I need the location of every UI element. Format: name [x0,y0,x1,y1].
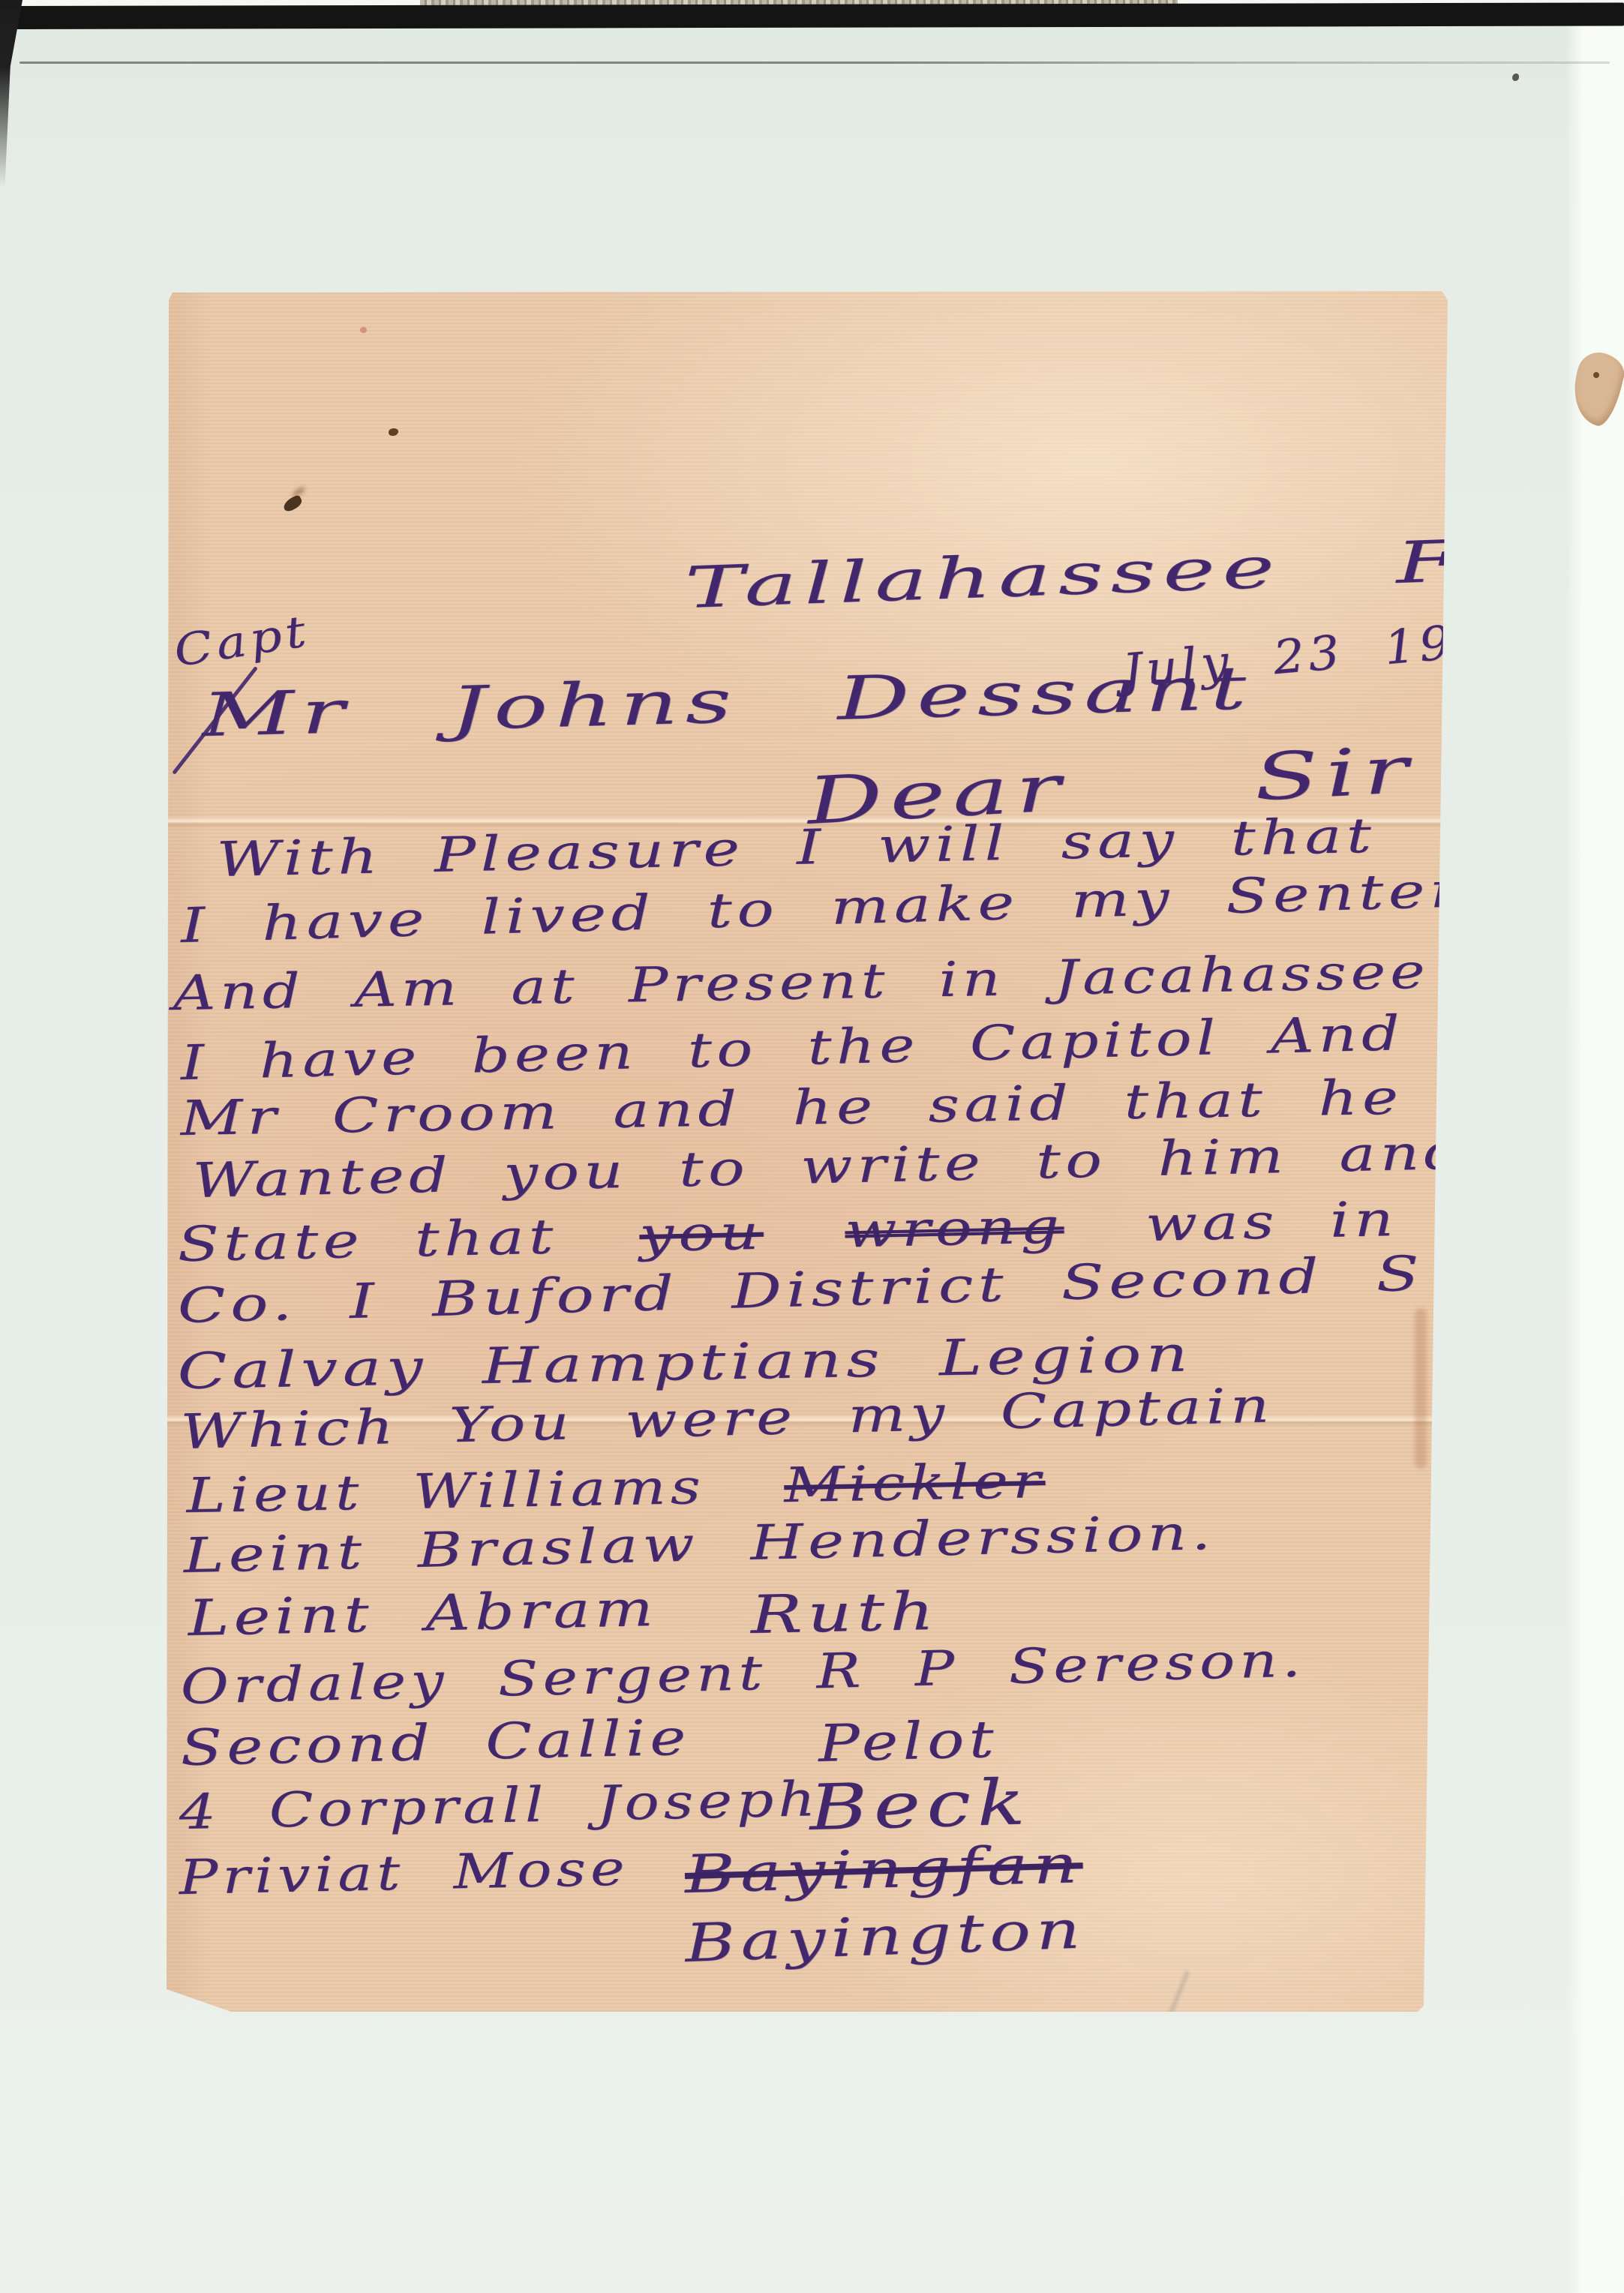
scanned-letter-page: Tallahassee Fla July 23 1908 Capt Mr Joh… [0,0,1624,2293]
roster-line-6-rank: 4 Corprall Joseph [179,1775,820,1837]
roster-line-1: Lieut Williams Mickler [186,1457,1046,1520]
margin-note: Capt [171,609,312,674]
roster-line-3-name: Ruth [750,1585,940,1641]
dust-speck [1512,74,1519,81]
paper-debris-fragment [1565,348,1624,429]
letter-paper: Tallahassee Fla July 23 1908 Capt Mr Joh… [167,291,1449,2012]
roster-line-4: Ordaley Sergent R P Sereson. [180,1636,1306,1712]
roster-line-5-name: Pelot [818,1715,999,1770]
pencil-smudge [1167,1970,1190,2018]
struck-word: you [639,1205,764,1263]
letter-place: Tallahassee Fla [684,529,1560,617]
scribbled-word: wrong [845,1199,1064,1259]
debris-dot [1593,372,1599,378]
addressee-line: Mr Johns Dessant [201,658,1254,746]
ink-stain [389,428,398,436]
roster-line-6-name: Beck [809,1770,1031,1839]
roster-line-3-rank: Leint Abram [188,1584,659,1643]
rust-spot [360,327,367,333]
scanner-crease-line [20,62,1610,64]
scanner-black-band [15,3,1624,29]
roster-line-7-rank: Priviat Mose [179,1844,629,1902]
struck-surname: Mickler [784,1454,1046,1514]
body-line-7-text: State that [177,1209,559,1273]
roster-line-8-name: Bayington [684,1903,1086,1970]
scanner-left-shadow [0,0,23,195]
rust-streak [1415,1308,1427,1469]
body-line-7-text-end: was in [1145,1192,1398,1253]
ink-stain [281,494,304,513]
roster-line-7-struck-name: Bayingfan [684,1838,1083,1901]
roster-line-1-rank: Lieut Williams [186,1460,706,1524]
roster-line-5-rank: Second Callie [180,1713,691,1773]
